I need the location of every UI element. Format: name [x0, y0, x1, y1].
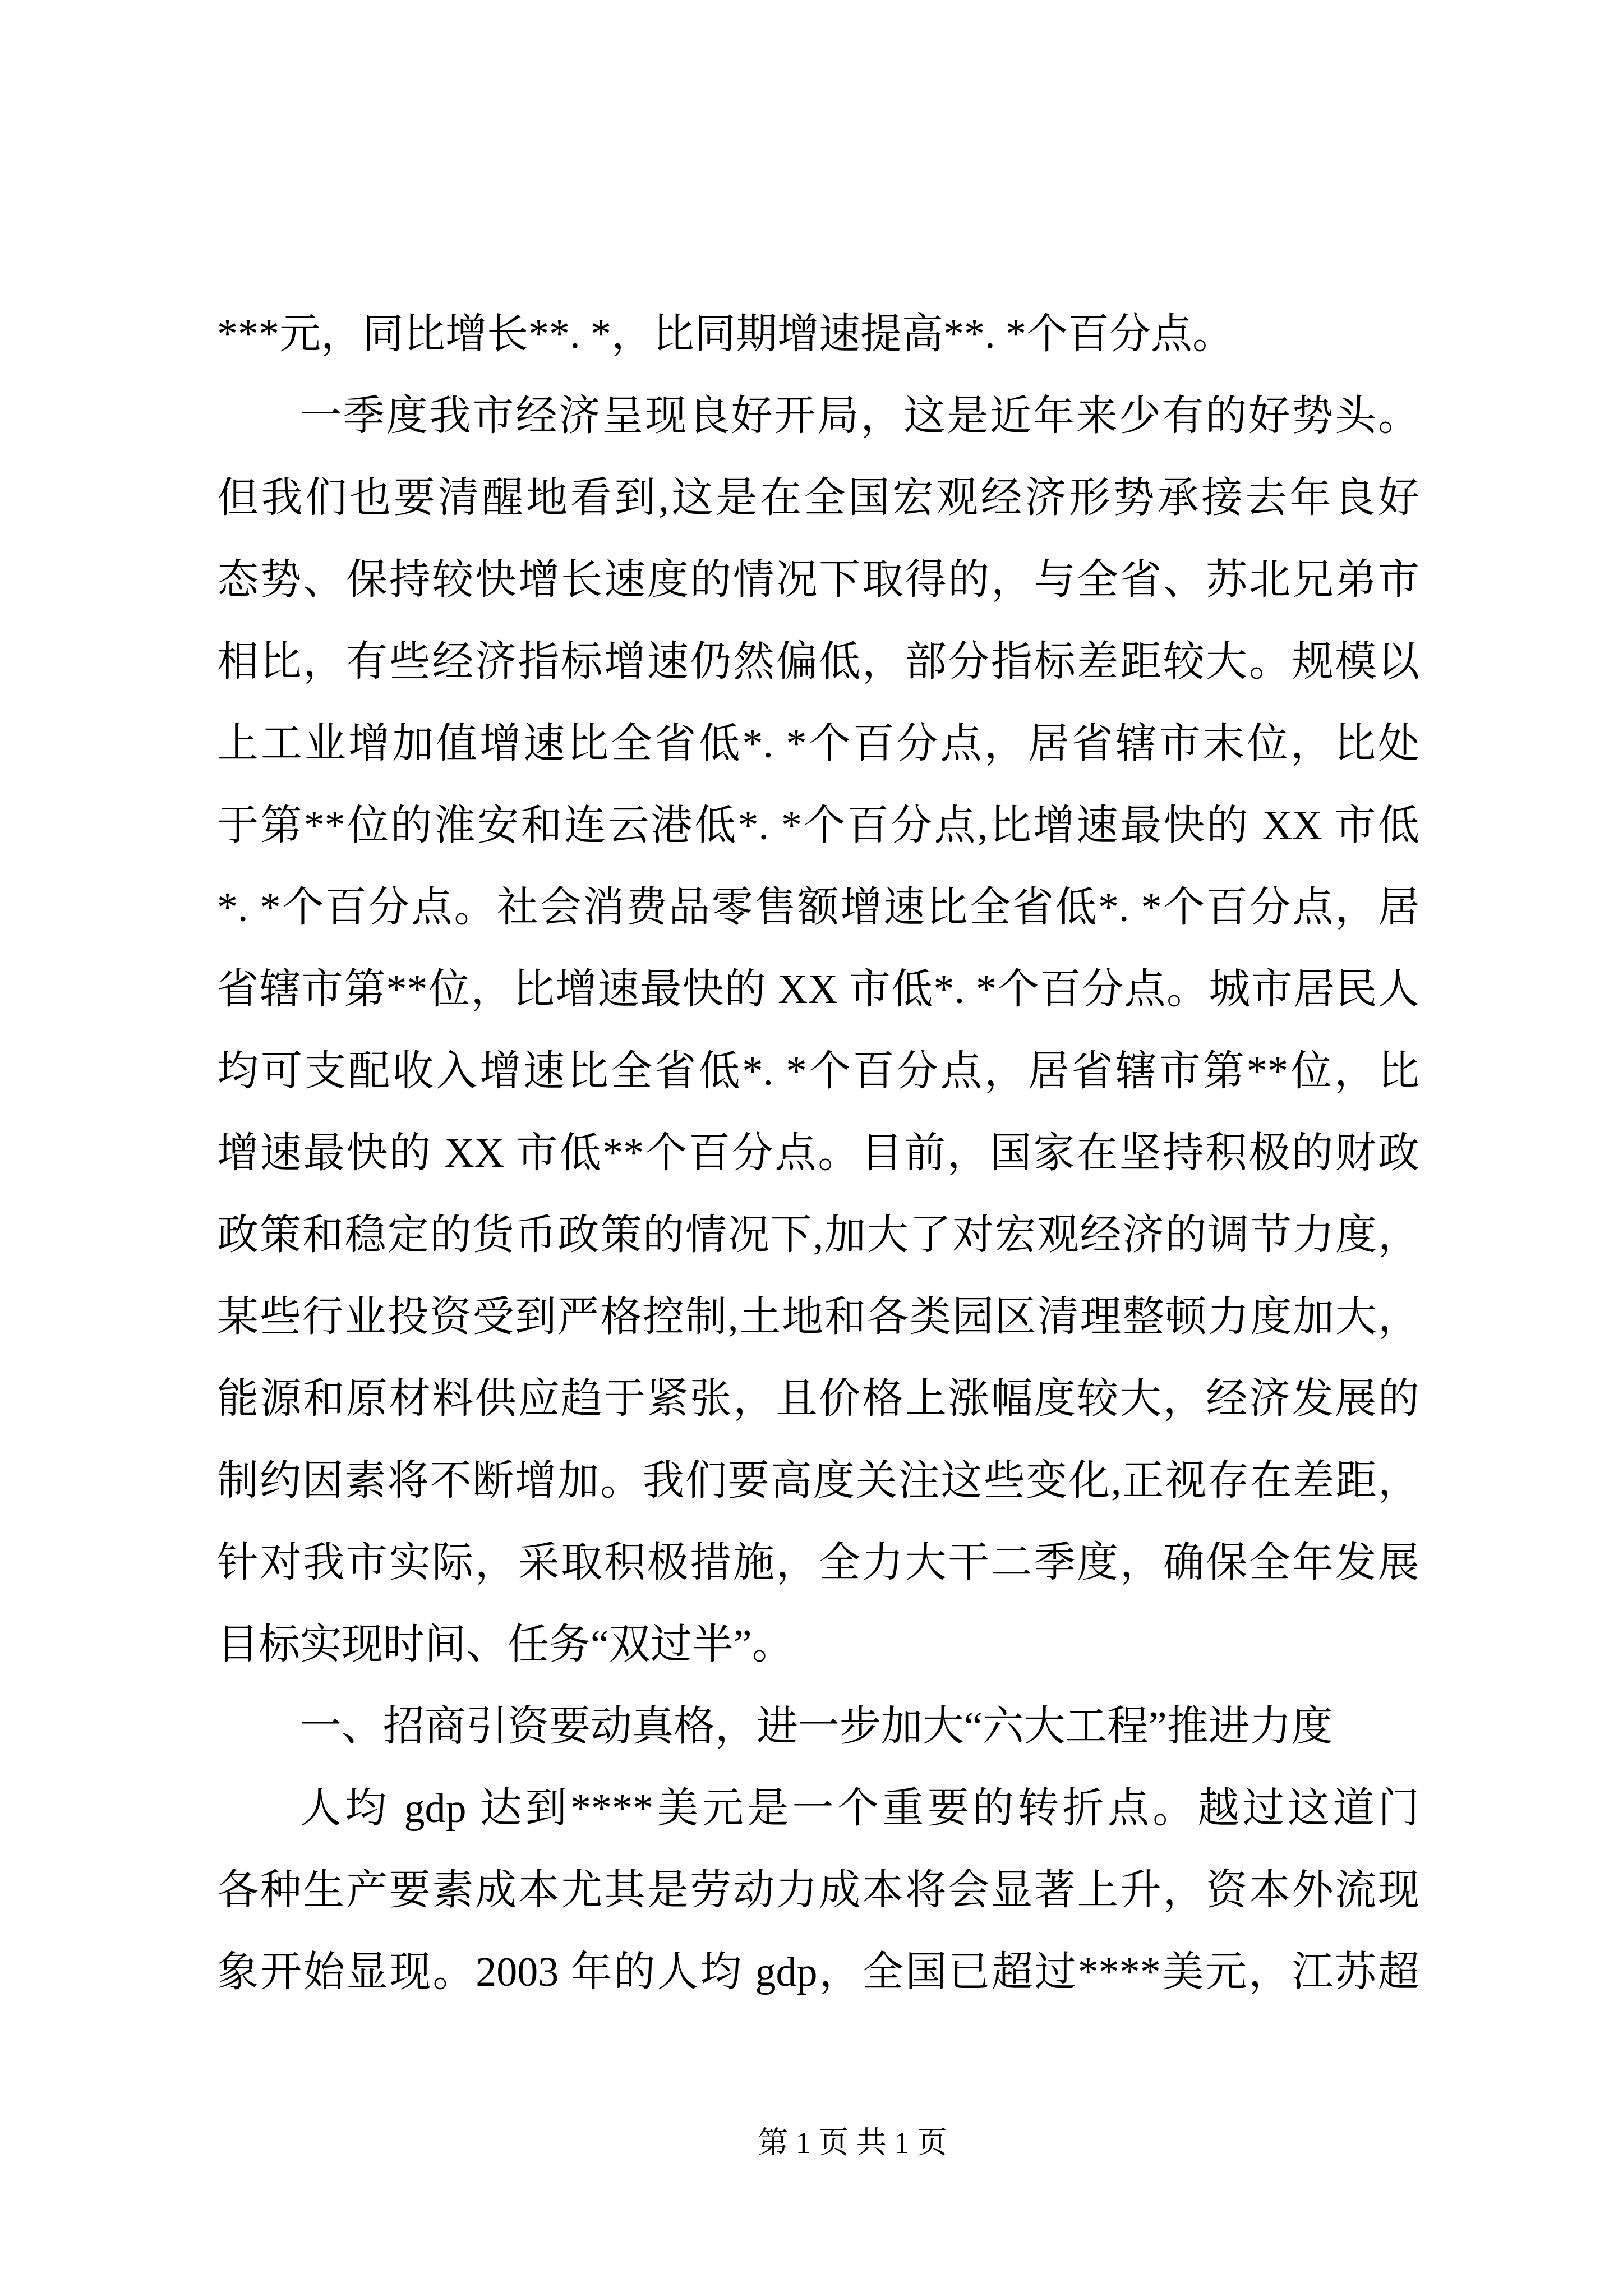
text-line: 态势、保持较快增长速度的情况下取得的，与全省、苏北兄弟市 — [217, 539, 1419, 621]
text-line: 增速最快的 XX 市低**个百分点。目前，国家在坚持积极的财政 — [217, 1112, 1419, 1194]
document-body: ***元，同比增长**. *，比同期增速提高**. *个百分点。 一季度我市经济… — [217, 293, 1419, 2013]
text-line: 针对我市实际，采取积极措施，全力大干二季度，确保全年发展 — [217, 1522, 1419, 1604]
text-line: 相比，有些经济指标增速仍然偏低，部分指标差距较大。规模以 — [217, 621, 1419, 703]
text-line: 制约因素将不断增加。我们要高度关注这些变化,正视存在差距， — [217, 1440, 1419, 1522]
text-line: 上工业增加值增速比全省低*. *个百分点，居省辖市末位，比处 — [217, 703, 1419, 785]
section-heading: 一、招商引资要动真格，进一步加大“六大工程”推进力度 — [217, 1686, 1419, 1768]
text-line: 一季度我市经济呈现良好开局，这是近年来少有的好势头。 — [217, 375, 1419, 457]
text-line: 人均 gdp 达到****美元是一个重要的转折点。越过这道门槛， — [217, 1768, 1419, 1849]
text-line: 能源和原材料供应趋于紧张，且价格上涨幅度较大，经济发展的 — [217, 1358, 1419, 1440]
text-line: 但我们也要清醒地看到,这是在全国宏观经济形势承接去年良好 — [217, 457, 1419, 539]
text-line: 均可支配收入增速比全省低*. *个百分点，居省辖市第**位，比 — [217, 1030, 1419, 1112]
document-page: ***元，同比增长**. *，比同期增速提高**. *个百分点。 一季度我市经济… — [0, 0, 1623, 2296]
text-line: 政策和稳定的货币政策的情况下,加大了对宏观经济的调节力度， — [217, 1194, 1419, 1276]
text-line: 象开始显现。2003 年的人均 gdp，全国已超过****美元，江苏超 — [217, 1931, 1419, 2013]
text-line: 于第**位的淮安和连云港低*. *个百分点,比增速最快的 XX 市低 — [217, 785, 1419, 867]
text-line: 省辖市第**位，比增速最快的 XX 市低*. *个百分点。城市居民人 — [217, 949, 1419, 1030]
text-line: 目标实现时间、任务“双过半”。 — [217, 1604, 1419, 1686]
text-line: 各种生产要素成本尤其是劳动力成本将会显著上升，资本外流现 — [217, 1849, 1419, 1931]
page-footer: 第 1 页 共 1 页 — [41, 2118, 1623, 2168]
text-line: 某些行业投资受到严格控制,土地和各类园区清理整顿力度加大， — [217, 1276, 1419, 1358]
text-line: ***元，同比增长**. *，比同期增速提高**. *个百分点。 — [217, 293, 1419, 375]
text-line: *. *个百分点。社会消费品零售额增速比全省低*. *个百分点，居 — [217, 867, 1419, 949]
